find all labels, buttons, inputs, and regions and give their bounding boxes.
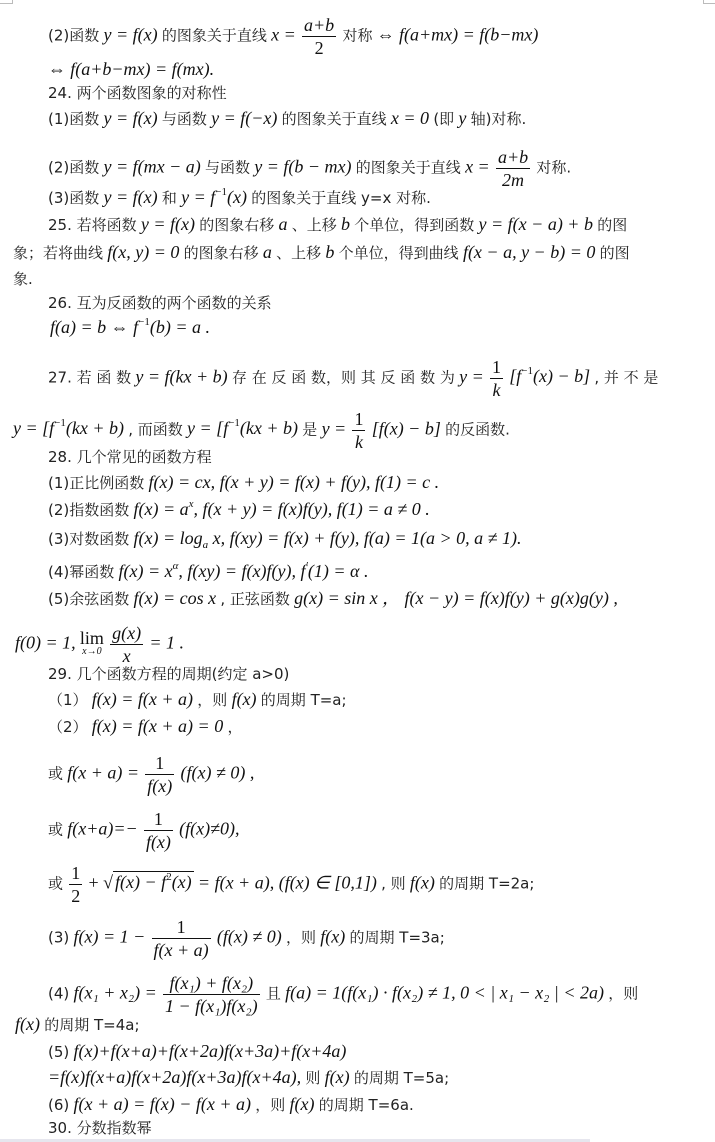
formula: (f(x) ≠ 0) , [181, 762, 255, 782]
numerator: 1 [145, 752, 174, 775]
formula: f(x + a) = [67, 762, 139, 782]
numerator: 1 [144, 808, 173, 831]
formula: f(x) − f [115, 872, 166, 892]
formula: f(0) = 1, [15, 632, 76, 652]
item-label: (1)函数 [48, 110, 99, 128]
section-29-heading: 29. 几个函数方程的周期(约定 a>0) [48, 663, 289, 685]
text: 、上移 [276, 244, 321, 262]
formula: y = f(x) [104, 108, 158, 128]
denominator: k [490, 379, 503, 401]
formula: f(x + a) = f(x) − f(x + a) [74, 1094, 252, 1114]
numerator: 1 [152, 916, 211, 939]
text: 存 在 反 函 数，则 其 反 函 数 为 [232, 368, 455, 386]
item-29-2: （2） f(x) = f(x + a) = 0 ， [48, 715, 242, 738]
text: ， [227, 718, 242, 736]
formula: f(x) = cos x [134, 588, 217, 608]
formula: f(x) [410, 872, 435, 892]
item-29-6: (6) f(x + a) = f(x) − f(x + a) ，则 f(x) 的… [48, 1093, 414, 1116]
item-26-formula: f(a) = b ⇔ f−1(b) = a . [50, 316, 210, 339]
text: 25. 若将函数 [48, 216, 137, 234]
item-label: (3)函数 [48, 189, 99, 207]
formula: y = [f [13, 418, 54, 438]
formula: , f(x + y) = f(x)f(y), f(1) = a ≠ 0 . [194, 499, 430, 519]
text: 的图 [600, 244, 630, 262]
denominator: 2 [69, 885, 82, 907]
formula: f(x) = cx [149, 472, 211, 492]
item-label: (1)正比例函数 [48, 474, 144, 492]
formula: a [263, 242, 272, 262]
sqrt-symbol: + √ [89, 872, 114, 892]
section-heading: 30. 分数指数幂 [48, 1119, 152, 1137]
text: 象. [13, 270, 33, 288]
formula: g(x) = sin x [294, 588, 378, 608]
formula: y = f(x) [104, 187, 158, 207]
text: 的周期 T=3a; [350, 928, 445, 946]
item-25-line2: 象；若将曲线 f(x, y) = 0 的图象右移 a 、上移 b 个单位，得到曲… [13, 241, 630, 264]
item-29-5-cont: =f(x)f(x+a)f(x+2a)f(x+3a)f(x+4a), 则 f(x)… [48, 1066, 449, 1089]
formula: b [341, 214, 350, 234]
formula: y = [459, 366, 484, 386]
section-heading: 28. 几个常见的函数方程 [48, 448, 212, 466]
formula: f(x) = f(x + a) = 0 [92, 716, 223, 736]
formula: f(a+b−mx) = f(mx). [70, 59, 214, 79]
text: 与函数 [162, 110, 207, 128]
section-28-heading: 28. 几个常见的函数方程 [48, 446, 212, 468]
item-29-5: (5) f(x)+f(x+a)+f(x+2a)f(x+3a)+f(x+4a) [48, 1040, 346, 1063]
fraction: 1k [352, 408, 365, 453]
text: 27. 若 函 数 [48, 368, 131, 386]
item-label: (5)余弦函数 [48, 590, 129, 608]
text: 对称. [536, 158, 571, 176]
formula: a [279, 214, 288, 234]
numerator: 1 [490, 356, 503, 379]
formula: (b) = a . [150, 317, 210, 337]
fraction: 1f(x) [145, 752, 174, 797]
fraction: 12 [69, 862, 82, 907]
denominator: 2 [302, 37, 336, 59]
item-24-1: (1)函数 y = f(x) 与函数 y = f(−x) 的图象关于直线 x =… [48, 107, 526, 130]
text: (即 [433, 110, 454, 128]
item-label: (4) [48, 984, 69, 1002]
formula: f(x) = 1 − [74, 926, 146, 946]
item-label: （2） [48, 718, 88, 736]
superscript: −1 [54, 417, 66, 429]
text: 的反函数. [445, 420, 510, 438]
formula: f(x) = x [119, 561, 173, 581]
numerator: a+b [496, 146, 530, 169]
superscript: −1 [138, 316, 150, 328]
formula: b [325, 242, 334, 262]
item-29-2-or3: 或 12 + √f(x) − f2(x) = f(x + a), (f(x) ∈… [48, 862, 534, 907]
item-24-3: (3)函数 y = f(x) 和 y = f−1(x) 的图象关于直线 y=x … [48, 186, 431, 209]
item-29-2-or2: 或 f(x+a)=− 1f(x) (f(x)≠0), [48, 808, 240, 853]
formula: = f(x + a), (f(x) ∈ [0,1]) [198, 872, 377, 892]
item-label: (3)对数函数 [48, 530, 129, 548]
formula: x = [465, 156, 490, 176]
formula: y [458, 108, 466, 128]
text: 的周期 T=a; [261, 691, 347, 709]
formula: f(x) = a [134, 499, 189, 519]
formula: (x) [227, 187, 247, 207]
formula: f(a) = 1(f(x₁) · f(x₂) ≠ 1, 0 < | x₁ − x… [285, 982, 604, 1002]
text: , 正弦函数 [220, 590, 290, 608]
formula: f(x, y) = 0 [107, 242, 179, 262]
text: ，则 [197, 691, 227, 709]
formula: y = f(x − a) + b [479, 214, 593, 234]
formula: f(x) [320, 926, 345, 946]
formula: y = f(−x) [211, 108, 277, 128]
text: 或 [48, 874, 63, 892]
equiv-symbol: ⇔ [377, 24, 395, 44]
equiv-symbol: ⇔ [48, 59, 66, 79]
formula: =f(x)f(x+a)f(x+2a)f(x+3a)f(x+4a), [48, 1067, 301, 1087]
numerator: a+b [302, 14, 336, 37]
fraction: 1k [490, 356, 503, 401]
text: 个单位，得到曲线 [339, 244, 459, 262]
text: 和 [162, 189, 177, 207]
lim-subscript: x→0 [80, 645, 104, 659]
formula: (kx + b) [66, 418, 124, 438]
fraction: f(x₁) + f(x₂)1 − f(x₁)f(x₂) [163, 972, 260, 1017]
page-corner-mark [0, 0, 13, 4]
fraction: 1f(x) [144, 808, 173, 853]
denominator: f(x) [144, 831, 173, 853]
formula: (1) = α . [308, 561, 369, 581]
denominator: k [352, 431, 365, 453]
item-23-2: (2)函数 y = f(x) 的图象关于直线 x = a+b2 对称 ⇔ f(a… [48, 14, 538, 59]
numerator: 1 [352, 408, 365, 431]
formula: x = 0 [391, 108, 429, 128]
superscript: −1 [215, 186, 227, 198]
text: 或 [48, 820, 63, 838]
item-25-line3: 象. [13, 268, 33, 290]
item-28-4: (4)幂函数 f(x) = xα, f(xy) = f(x)f(y), f′(1… [48, 560, 368, 583]
formula: f(x) [325, 1067, 350, 1087]
formula: [f [509, 366, 521, 386]
section-30-heading: 30. 分数指数幂 [48, 1117, 152, 1139]
text: 且 [266, 984, 281, 1002]
text: 或 [48, 764, 63, 782]
text: 的图象右移 [184, 244, 259, 262]
item-28-2: (2)指数函数 f(x) = ax, f(x + y) = f(x)f(y), … [48, 498, 430, 521]
text: , 并 不 是 [594, 368, 658, 386]
text: ，则 [286, 928, 316, 946]
formula: f(x+a)=− [67, 818, 137, 838]
formula: y = f(x) [104, 24, 158, 44]
fraction: 1f(x + a) [152, 916, 211, 961]
formula: y = f(x) [141, 214, 195, 234]
item-28-5-cont: f(0) = 1, limx→0 g(x)x = 1 . [15, 622, 184, 667]
fraction: a+b2m [496, 146, 530, 191]
formula: f(x) [290, 1094, 315, 1114]
formula: f(x − a, y − b) = 0 [463, 242, 595, 262]
formula: [f(x) − b] [372, 418, 441, 438]
formula: (kx + b) [240, 418, 298, 438]
section-26-heading: 26. 互为反函数的两个函数的关系 [48, 292, 272, 314]
item-29-4-cont: f(x) 的周期 T=4a; [15, 1013, 140, 1036]
item-29-4: (4) f(x₁ + x₂) = f(x₁) + f(x₂)1 − f(x₁)f… [48, 972, 638, 1017]
item-label: (6) [48, 1096, 69, 1114]
text: 轴)对称. [471, 110, 527, 128]
text: 对称 [342, 26, 372, 44]
text: 与函数 [205, 158, 250, 176]
item-25-line1: 25. 若将函数 y = f(x) 的图象右移 a 、上移 b 个单位，得到函数… [48, 213, 627, 236]
item-23-2-cont: ⇔ f(a+b−mx) = f(mx). [48, 58, 214, 81]
item-label: (2)指数函数 [48, 501, 129, 519]
formula: , f(x + y) = f(x) + f(y), f(1) = c . [211, 472, 440, 492]
formula: f(a) = b ⇔ f [50, 317, 138, 337]
lim-operator: lim [80, 631, 104, 645]
item-29-3: (3) f(x) = 1 − 1f(x + a) (f(x) ≠ 0) ，则 f… [48, 916, 445, 961]
formula: f(x) [15, 1014, 40, 1034]
text: , 则 [381, 874, 406, 892]
numerator: f(x₁) + f(x₂) [163, 972, 260, 995]
item-label: (3) [48, 928, 69, 946]
item-label: (2)函数 [48, 26, 99, 44]
formula: f(x) = log [134, 528, 203, 548]
formula: (x) [172, 872, 192, 892]
item-29-2-or1: 或 f(x + a) = 1f(x) (f(x) ≠ 0) , [48, 752, 254, 797]
denominator: 1 − f(x₁)f(x₂) [163, 995, 260, 1017]
formula: f(x) [232, 689, 257, 709]
fraction: g(x)x [110, 622, 143, 667]
text: 则 [305, 1069, 320, 1087]
text: 的图象关于直线 [282, 110, 387, 128]
formula: f(x)+f(x+a)+f(x+2a)f(x+3a)+f(x+4a) [74, 1041, 347, 1061]
formula: f(x) = f(x + a) [92, 689, 193, 709]
item-28-1: (1)正比例函数 f(x) = cx, f(x + y) = f(x) + f(… [48, 471, 439, 494]
denominator: 2m [496, 169, 530, 191]
formula: y = f(kx + b) [135, 366, 227, 386]
text: 是 [302, 420, 317, 438]
section-heading: 29. 几个函数方程的周期(约定 a>0) [48, 665, 289, 683]
limit: limx→0 [80, 631, 104, 659]
item-label: （1） [48, 691, 88, 709]
text: 象；若将曲线 [13, 244, 103, 262]
text: 的周期 T=6a. [319, 1096, 414, 1114]
denominator: f(x) [145, 775, 174, 797]
document-page: (2)函数 y = f(x) 的图象关于直线 x = a+b2 对称 ⇔ f(a… [0, 0, 715, 1142]
text: 的图象关于直线 [356, 158, 461, 176]
text: 的图象右移 [199, 216, 274, 234]
item-28-3: (3)对数函数 f(x) = loga x, f(xy) = f(x) + f(… [48, 527, 522, 550]
item-28-5: (5)余弦函数 f(x) = cos x , 正弦函数 g(x) = sin x… [48, 587, 618, 610]
numerator: 1 [69, 862, 82, 885]
section-heading: 26. 互为反函数的两个函数的关系 [48, 294, 272, 312]
formula: x, f(xy) = f(x) + f(y), f(a) = 1(a > 0, … [208, 528, 521, 548]
page-corner-mark [703, 0, 715, 4]
section-24-heading: 24. 两个函数图象的对称性 [48, 82, 227, 104]
text: 的图象关于直线 y=x 对称. [251, 189, 431, 207]
text: 的图象关于直线 [162, 26, 267, 44]
text: 个单位，得到函数 [354, 216, 474, 234]
text: 的图 [597, 216, 627, 234]
formula: y = f(mx − a) [104, 156, 201, 176]
fraction: a+b2 [302, 14, 336, 59]
formula: = 1 . [149, 632, 184, 652]
item-label: (2)函数 [48, 158, 99, 176]
text: 、上移 [292, 216, 337, 234]
formula: y = f [181, 187, 215, 207]
item-29-1: （1） f(x) = f(x + a) ，则 f(x) 的周期 T=a; [48, 688, 347, 711]
section-heading: 24. 两个函数图象的对称性 [48, 84, 227, 102]
denominator: f(x + a) [152, 939, 211, 961]
superscript: −1 [228, 417, 240, 429]
formula: (f(x)≠0), [179, 818, 239, 838]
formula: (f(x) ≠ 0) [217, 926, 282, 946]
item-24-2: (2)函数 y = f(mx − a) 与函数 y = f(b − mx) 的图… [48, 146, 571, 191]
item-27-line1: 27. 若 函 数 y = f(kx + b) 存 在 反 函 数，则 其 反 … [48, 356, 658, 401]
formula: y = f(b − mx) [254, 156, 351, 176]
item-label: (5) [48, 1043, 69, 1061]
item-label: (4)幂函数 [48, 563, 114, 581]
text: 的周期 T=4a; [44, 1016, 139, 1034]
formula: , f(xy) = f(x)f(y), f [178, 561, 305, 581]
formula: ， f(x − y) = f(x)f(y) + g(x)g(y) , [382, 588, 618, 608]
formula: y = [f [187, 418, 228, 438]
text: , 而函数 [128, 420, 183, 438]
numerator: g(x) [110, 622, 143, 645]
text: ，则 [255, 1096, 285, 1114]
formula: (x) − b] [533, 366, 590, 386]
formula: y = [322, 418, 347, 438]
formula: f(a+mx) = f(b−mx) [399, 24, 538, 44]
formula: x = [271, 24, 296, 44]
text: ，则 [608, 984, 638, 1002]
superscript: −1 [521, 365, 533, 377]
text: 的周期 T=5a; [354, 1069, 449, 1087]
text: 的周期 T=2a; [439, 874, 534, 892]
formula: f(x₁ + x₂) = [74, 982, 157, 1002]
